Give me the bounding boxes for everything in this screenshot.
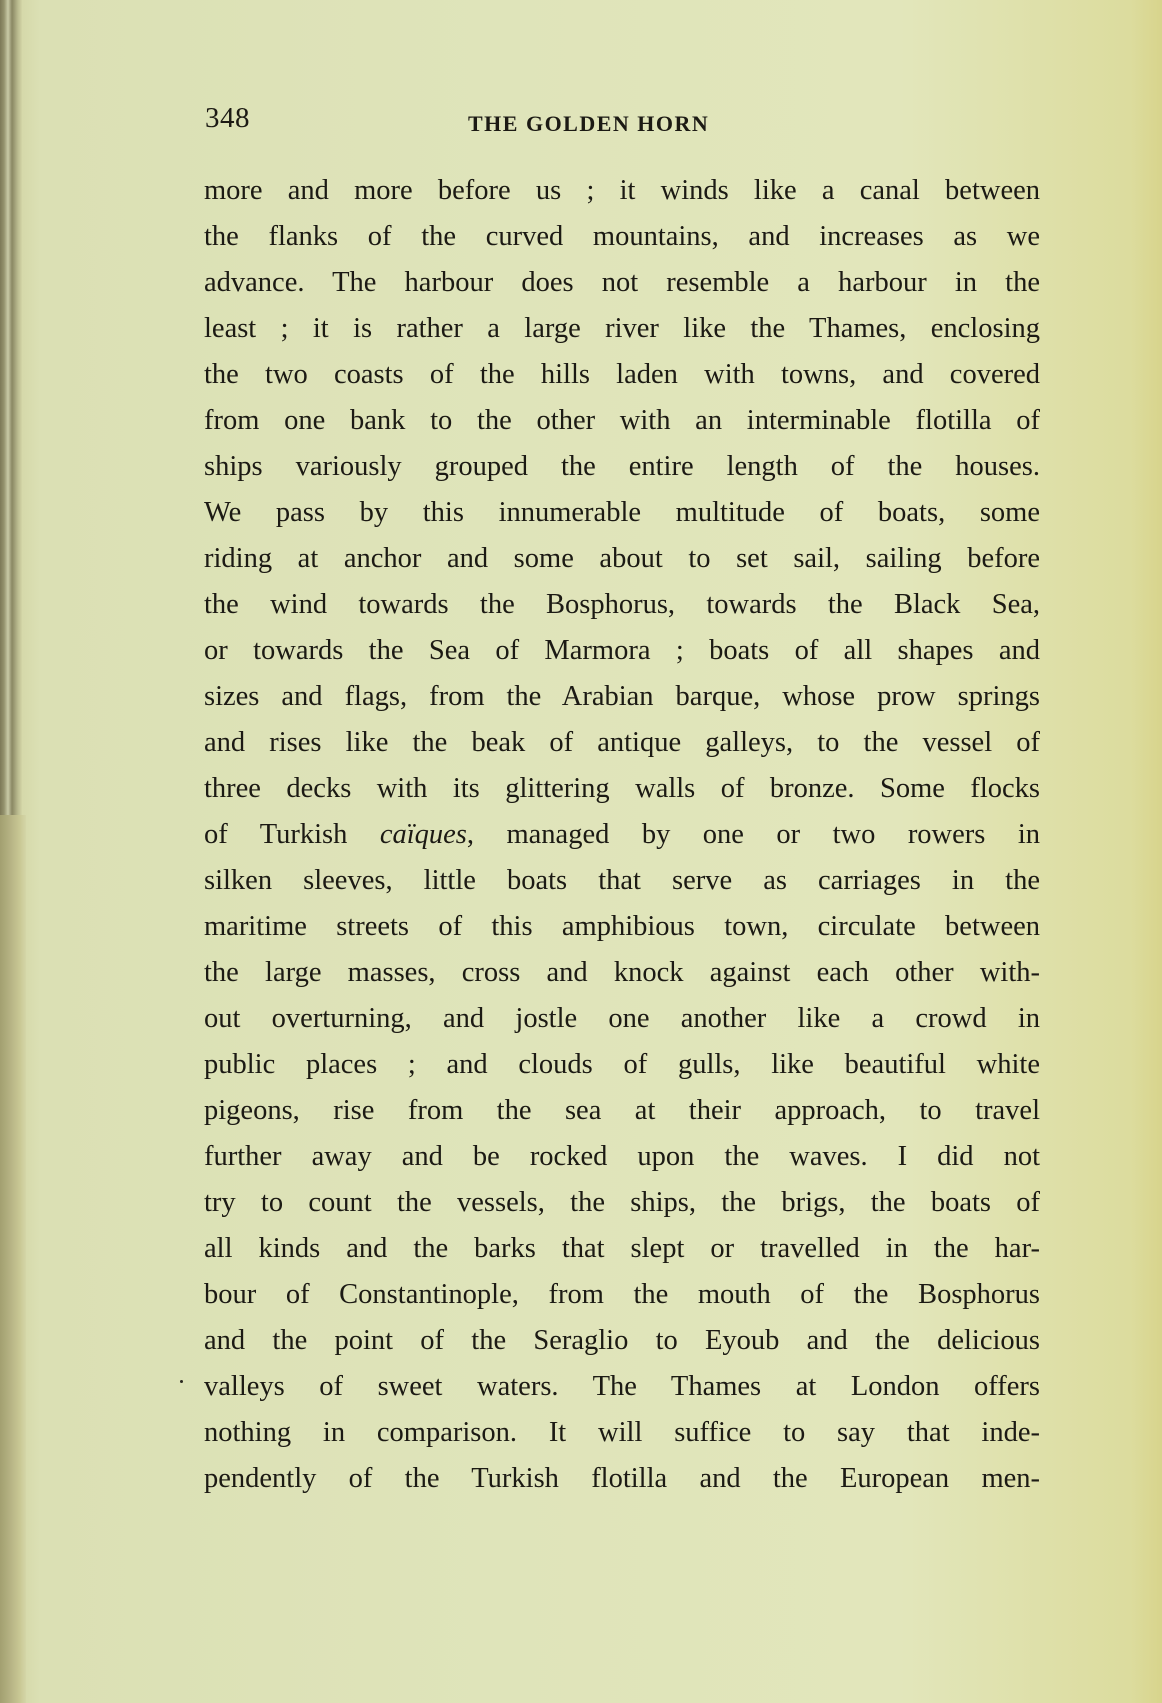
- stray-ink-mark: [180, 1380, 183, 1383]
- text-line: pigeons, rise from the sea at their appr…: [204, 1088, 1040, 1134]
- text-line: three decks with its glittering walls of…: [204, 766, 1040, 812]
- text-line: least ; it is rather a large river like …: [204, 306, 1040, 352]
- text-line: and the point of the Seraglio to Eyoub a…: [204, 1318, 1040, 1364]
- italic-word: caïques: [380, 819, 467, 850]
- text-line: the large masses, cross and knock agains…: [204, 950, 1040, 996]
- text-line-with-italic: of Turkish caïques, managed by one or tw…: [204, 812, 1040, 858]
- text-line: pendently of the Turkish flotilla and th…: [204, 1456, 1040, 1502]
- text-line: ships variously grouped the entire lengt…: [204, 444, 1040, 490]
- text-line: out overturning, and jostle one another …: [204, 996, 1040, 1042]
- text-line: from one bank to the other with an inter…: [204, 398, 1040, 444]
- text-line: the two coasts of the hills laden with t…: [204, 352, 1040, 398]
- text-line: the flanks of the curved mountains, and …: [204, 214, 1040, 260]
- text-line: sizes and flags, from the Arabian barque…: [204, 674, 1040, 720]
- text-line: or towards the Sea of Marmora ; boats of…: [204, 628, 1040, 674]
- text-line: nothing in comparison. It will suffice t…: [204, 1410, 1040, 1456]
- text-line: and rises like the beak of antique galle…: [204, 720, 1040, 766]
- text-line: silken sleeves, little boats that serve …: [204, 858, 1040, 904]
- text-line: We pass by this innumerable multitude of…: [204, 490, 1040, 536]
- text-line: bour of Constantinople, from the mouth o…: [204, 1272, 1040, 1318]
- text-line: further away and be rocked upon the wave…: [204, 1134, 1040, 1180]
- text-line: valleys of sweet waters. The Thames at L…: [204, 1364, 1040, 1410]
- page-number: 348: [205, 102, 250, 135]
- text-segment: , managed by one or two rowers in: [467, 819, 1040, 850]
- page-binding-lower-edge: [0, 815, 26, 1703]
- text-line: all kinds and the barks that slept or tr…: [204, 1226, 1040, 1272]
- running-header: 348 THE GOLDEN HORN: [0, 102, 1162, 142]
- book-page: 348 THE GOLDEN HORN more and more before…: [0, 0, 1162, 1703]
- text-line: the wind towards the Bosphorus, towards …: [204, 582, 1040, 628]
- text-line: riding at anchor and some about to set s…: [204, 536, 1040, 582]
- body-text: more and more before us ; it winds like …: [204, 168, 1040, 1502]
- text-line: advance. The harbour does not resemble a…: [204, 260, 1040, 306]
- text-line: maritime streets of this amphibious town…: [204, 904, 1040, 950]
- text-line: try to count the vessels, the ships, the…: [204, 1180, 1040, 1226]
- text-line: public places ; and clouds of gulls, lik…: [204, 1042, 1040, 1088]
- text-segment: of Turkish: [204, 819, 380, 850]
- running-title: THE GOLDEN HORN: [468, 111, 709, 137]
- text-line: more and more before us ; it winds like …: [204, 168, 1040, 214]
